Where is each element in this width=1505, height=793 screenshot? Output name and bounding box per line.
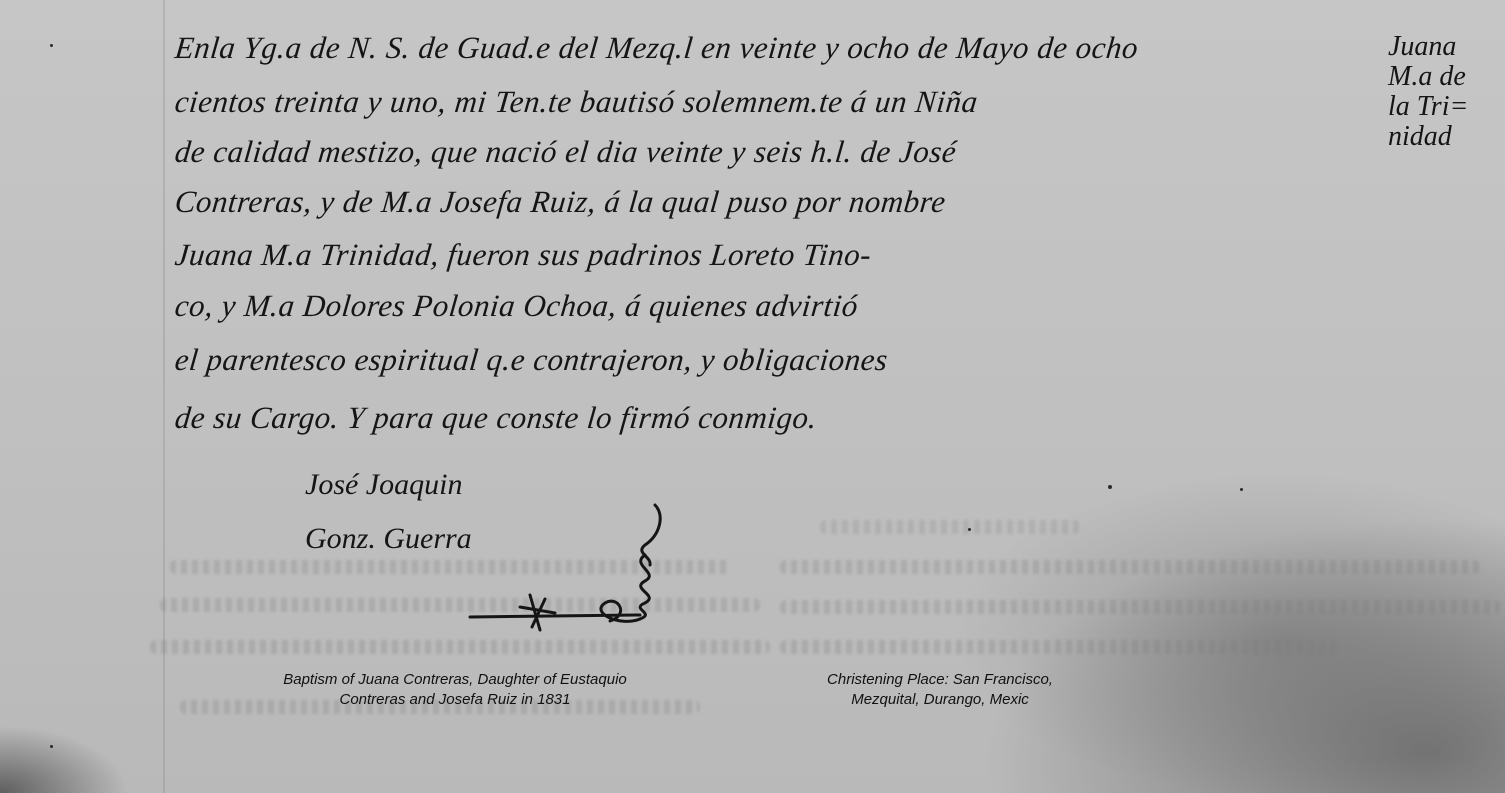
margin-note: Juana M.a de la Tri= nidad <box>1388 32 1468 152</box>
caption-place-line-2: Mezquital, Durango, Mexic <box>790 690 1090 710</box>
signature-line-1: José Joaquin <box>305 468 462 502</box>
handwritten-line-6: co, y M.a Dolores Polonia Ochoa, á quien… <box>173 288 860 324</box>
bleed-through-text <box>820 520 1080 534</box>
margin-note-line: M.a de <box>1388 62 1468 92</box>
scanned-document-page: Enla Yg.a de N. S. de Guad.e del Mezq.l … <box>0 0 1505 793</box>
handwritten-line-3: de calidad mestizo, que nació el dia vei… <box>173 134 958 170</box>
paper-speck <box>1240 488 1243 491</box>
bleed-through-text <box>780 600 1500 614</box>
paper-speck <box>50 745 53 748</box>
caption-baptism-line-2: Contreras and Josefa Ruiz in 1831 <box>240 690 670 710</box>
bleed-through-text <box>780 560 1480 574</box>
signature-rubric-icon <box>460 495 690 635</box>
margin-note-line: nidad <box>1388 122 1468 152</box>
page-margin-rule <box>163 0 165 793</box>
paper-speck <box>50 44 53 47</box>
paper-speck <box>1108 485 1112 489</box>
paper-speck <box>968 528 971 531</box>
handwritten-line-7: el parentesco espiritual q.e contrajeron… <box>173 342 890 378</box>
caption-place-line-1: Christening Place: San Francisco, <box>790 670 1090 690</box>
handwritten-line-1: Enla Yg.a de N. S. de Guad.e del Mezq.l … <box>173 30 1140 66</box>
margin-note-line: Juana <box>1388 32 1468 62</box>
signature-line-2: Gonz. Guerra <box>305 522 472 556</box>
handwritten-line-8: de su Cargo. Y para que conste lo firmó … <box>173 400 819 436</box>
margin-note-line: la Tri= <box>1388 92 1468 122</box>
caption-baptism-line-1: Baptism of Juana Contreras, Daughter of … <box>240 670 670 690</box>
handwritten-line-5: Juana M.a Trinidad, fueron sus padrinos … <box>173 237 873 273</box>
handwritten-line-4: Contreras, y de M.a Josefa Ruiz, á la qu… <box>173 184 947 220</box>
caption-baptism: Baptism of Juana Contreras, Daughter of … <box>240 670 670 710</box>
handwritten-line-2: cientos treinta y uno, mi Ten.te bautisó… <box>173 84 980 120</box>
bleed-through-text <box>150 640 770 654</box>
bleed-through-text <box>780 640 1340 654</box>
caption-christening-place: Christening Place: San Francisco, Mezqui… <box>790 670 1090 710</box>
